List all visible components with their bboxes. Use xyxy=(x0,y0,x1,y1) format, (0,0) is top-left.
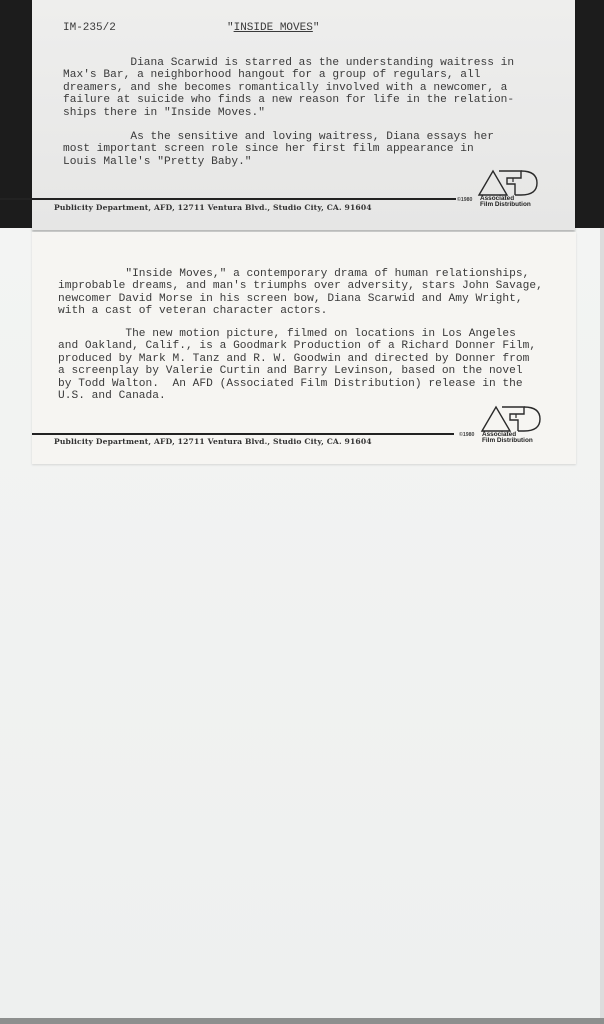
copyright: ©1980 xyxy=(459,432,474,438)
afd-logo-icon xyxy=(480,404,542,434)
footer-rule xyxy=(32,433,454,435)
company-line-2: Film Distribution xyxy=(480,202,531,208)
footer-address: Publicity Department, AFD, 12711 Ventura… xyxy=(54,203,372,212)
copyright: ©1980 xyxy=(457,197,472,203)
footer-address: Publicity Department, AFD, 12711 Ventura… xyxy=(54,437,372,446)
company-name: Associated Film Distribution xyxy=(482,432,533,445)
paragraph-2: As the sensitive and loving waitress, Di… xyxy=(63,131,494,168)
document-title: "INSIDE MOVES" xyxy=(227,22,319,34)
paragraph-3: "Inside Moves," a contemporary drama of … xyxy=(58,268,543,318)
company-line-2: Film Distribution xyxy=(482,438,533,444)
press-card-2: "Inside Moves," a contemporary drama of … xyxy=(32,232,576,464)
footer-rule xyxy=(0,198,456,200)
document-reference: IM-235/2 xyxy=(63,22,116,34)
press-card-1: IM-235/2 "INSIDE MOVES" Diana Scarwid is… xyxy=(32,0,575,230)
paragraph-4: The new motion picture, filmed on locati… xyxy=(58,328,536,402)
sheet-bottom-edge xyxy=(0,1018,604,1024)
company-name: Associated Film Distribution xyxy=(480,196,531,209)
title-text: INSIDE MOVES xyxy=(234,22,313,34)
afd-logo-icon xyxy=(477,168,539,198)
paragraph-1: Diana Scarwid is starred as the understa… xyxy=(63,57,514,119)
